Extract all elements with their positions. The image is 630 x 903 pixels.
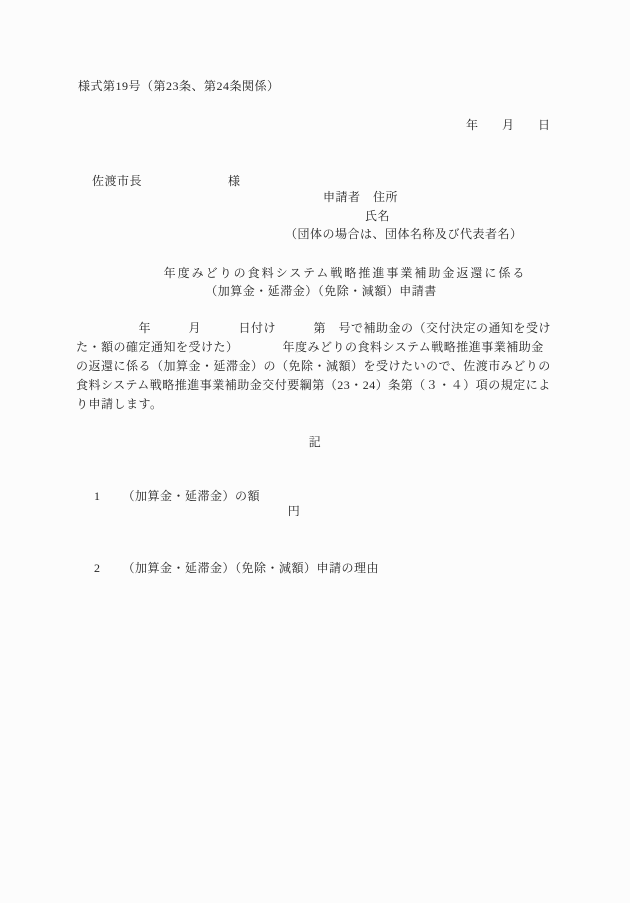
body-paragraph-line: 食料システム戦略推進事業補助金交付要綱第（23・24）条第（３・４）項の規定によ (0, 376, 630, 395)
document-title-line-2: （加算金・延滞金）（免除・減額）申請書 (0, 282, 630, 301)
body-paragraph-line: た・額の確定通知を受けた） 年度みどりの食料システム戦略推進事業補助金 (0, 338, 630, 357)
date-line: 年 月 日 (0, 116, 630, 135)
addressee-name: 佐渡市長 (92, 174, 142, 188)
applicant-organization-note: （団体の場合は、団体名称及び代表者名） (0, 225, 630, 244)
item-2-label: （加算金・延滞金）（免除・減額）申請の理由 (123, 561, 380, 575)
applicant-name-label: 氏名 (0, 207, 630, 226)
body-paragraph-line: 年 月 日付け 第 号で補助金の（交付決定の通知を受け (0, 319, 630, 338)
addressee-honorific: 様 (228, 174, 241, 188)
body-paragraph-line: の返還に係る（加算金・延滞金）の（免除・減額）を受けたいので、佐渡市みどりの (0, 357, 630, 376)
amount-unit-yen: 円 (0, 502, 630, 521)
item-2-number: 2 (94, 561, 101, 575)
applicant-address-label: 申請者 住所 (0, 188, 630, 207)
body-paragraph-line: り申請します。 (0, 395, 630, 414)
item-1-number: 1 (94, 489, 101, 503)
application-form-page: 様式第19号（第23条、第24条関係） 年 月 日 佐渡市長様 申請者 住所 氏… (0, 0, 630, 903)
item-2-line: 2（加算金・延滞金）（免除・減額）申請の理由 (0, 540, 630, 597)
item-1-label: （加算金・延滞金）の額 (123, 489, 261, 503)
record-marker: 記 (0, 433, 630, 452)
document-title-line-1: 年度みどりの食料システム戦略推進事業補助金返還に係る (0, 264, 630, 283)
form-number: 様式第19号（第23条、第24条関係） (0, 77, 630, 96)
